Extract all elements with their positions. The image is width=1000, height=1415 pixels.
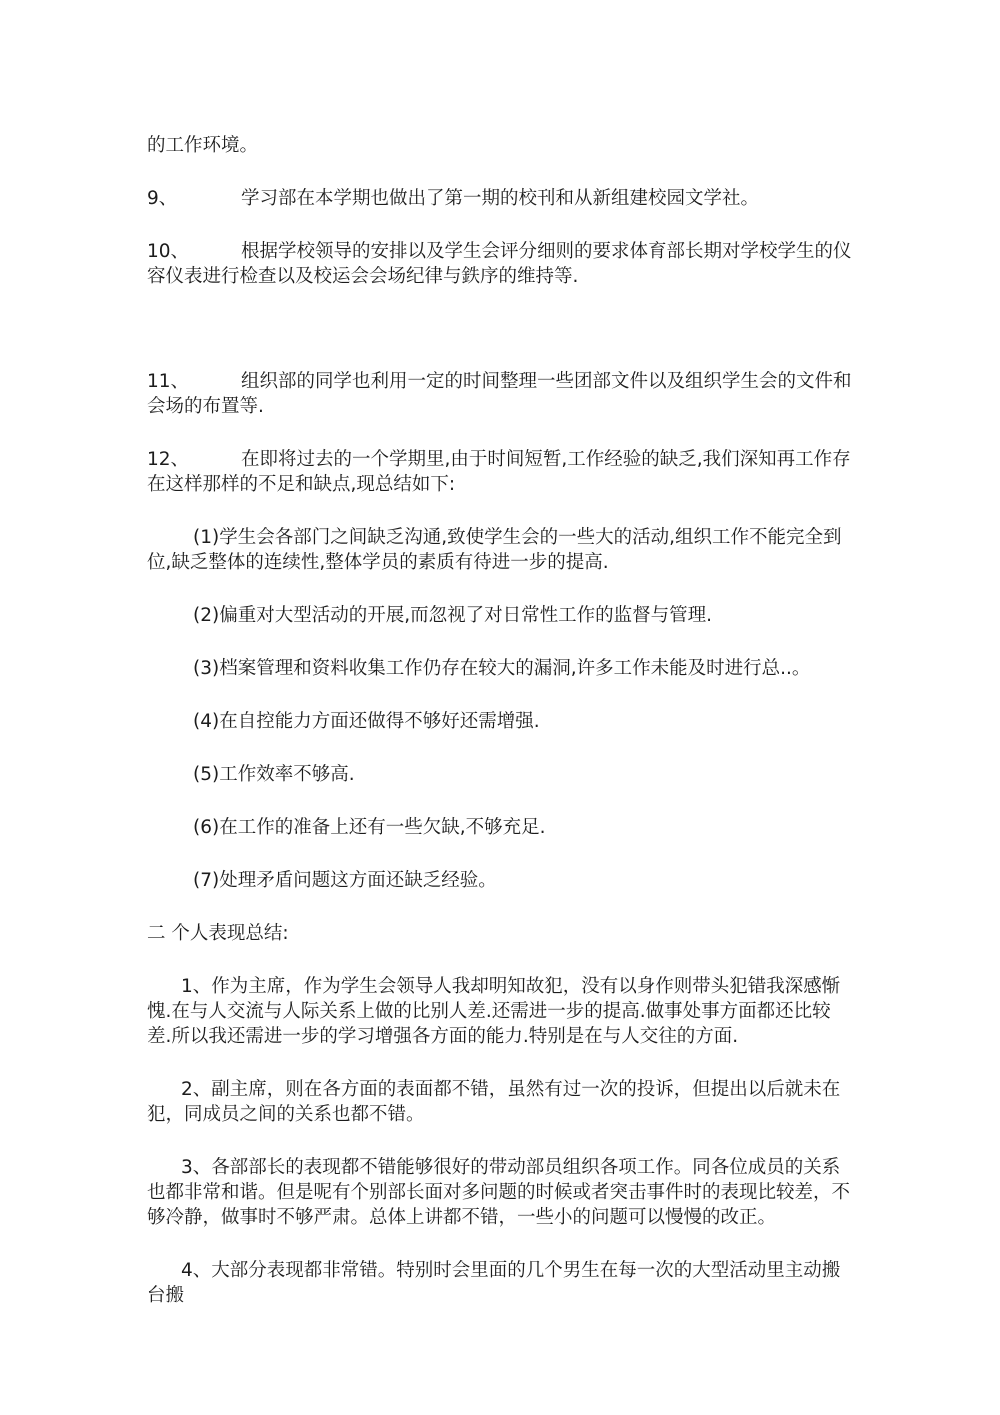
paragraph-item: (7)处理矛盾问题这方面还缺乏经验。 — [147, 868, 854, 893]
paragraph-number: 9、 — [147, 186, 241, 211]
paragraph-item: (4)在自控能力方面还做得不够好还需增强. — [147, 709, 854, 734]
paragraph-numbered: 11、组织部的同学也利用一定的时间整理一些团部文件以及组织学生会的文件和会场的布… — [147, 369, 854, 419]
paragraph-plain: 的工作环境。 — [147, 133, 854, 158]
paragraph-item: (6)在工作的准备上还有一些欠缺,不够充足. — [147, 815, 854, 840]
paragraph-text: 组织部的同学也利用一定的时间整理一些团部文件以及组织学生会的文件和会场的布置等. — [147, 371, 852, 417]
paragraph-heading: 二 个人表现总结: — [147, 921, 854, 946]
paragraph-item2: 2、副主席，则在各方面的表面都不错，虽然有过一次的投诉，但提出以后就未在犯，同成… — [147, 1077, 854, 1127]
paragraph-item: (1)学生会各部门之间缺乏沟通,致使学生会的一些大的活动,组织工作不能完全到位,… — [147, 525, 854, 575]
paragraph-text: 根据学校领导的安排以及学生会评分细则的要求体育部长期对学校学生的仪容仪表进行检查… — [147, 241, 852, 287]
paragraph-numbered: 12、在即将过去的一个学期里,由于时间短暂,工作经验的缺乏,我们深知再工作存在这… — [147, 447, 854, 497]
paragraph-number: 10、 — [147, 239, 241, 264]
paragraph-item: (5)工作效率不够高. — [147, 762, 854, 787]
document-page: 的工作环境。9、学习部在本学期也做出了第一期的校刊和从新组建校园文学社。10、根… — [0, 0, 1000, 1415]
paragraph-item2: 3、各部部长的表现都不错能够很好的带动部员组织各项工作。同各位成员的关系也都非常… — [147, 1155, 854, 1230]
paragraph-item: (3)档案管理和资料收集工作仍存在较大的漏洞,许多工作未能及时进行总..。 — [147, 656, 854, 681]
paragraph-number: 12、 — [147, 447, 241, 472]
paragraph-number: 11、 — [147, 369, 241, 394]
paragraph-numbered: 9、学习部在本学期也做出了第一期的校刊和从新组建校园文学社。 — [147, 186, 854, 211]
paragraph-numbered: 10、根据学校领导的安排以及学生会评分细则的要求体育部长期对学校学生的仪容仪表进… — [147, 239, 854, 289]
paragraph-item2: 1、作为主席，作为学生会领导人我却明知故犯，没有以身作则带头犯错我深感惭愧.在与… — [147, 974, 854, 1049]
paragraph-text: 在即将过去的一个学期里,由于时间短暂,工作经验的缺乏,我们深知再工作存在这样那样… — [147, 449, 851, 495]
paragraph-item: (2)偏重对大型活动的开展,而忽视了对日常性工作的监督与管理. — [147, 603, 854, 628]
paragraph-item2: 4、大部分表现都非常错。特别时会里面的几个男生在每一次的大型活动里主动搬台搬 — [147, 1258, 854, 1308]
document-body: 的工作环境。9、学习部在本学期也做出了第一期的校刊和从新组建校园文学社。10、根… — [147, 133, 854, 1308]
paragraph-text: 学习部在本学期也做出了第一期的校刊和从新组建校园文学社。 — [241, 188, 759, 209]
